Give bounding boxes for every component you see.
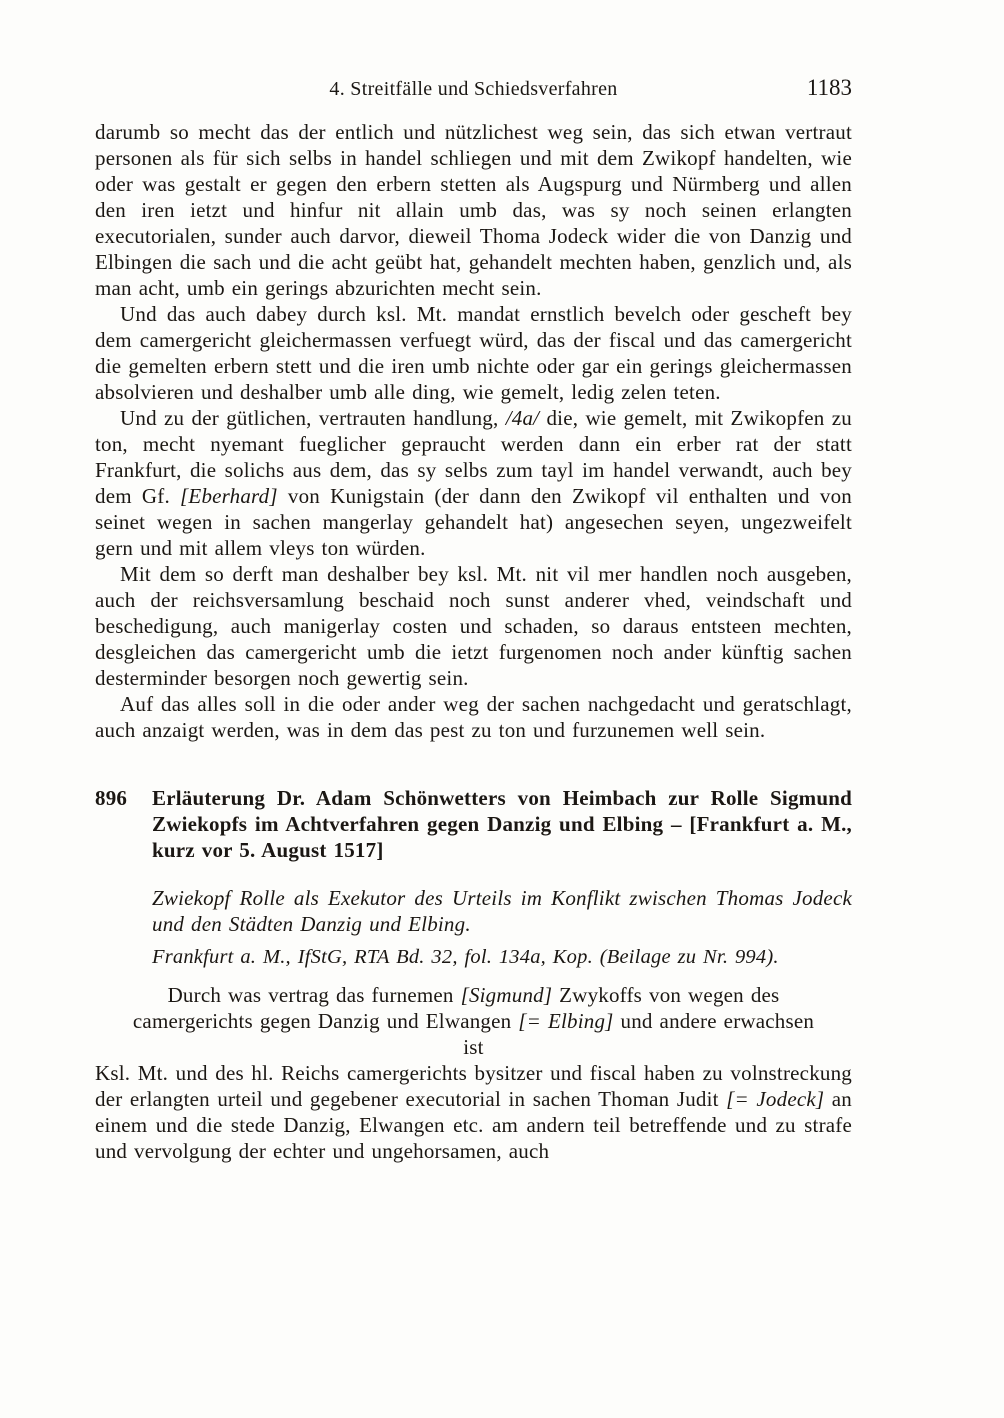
entry-896: 896 Erläuterung Dr. Adam Schönwetters vo… — [95, 785, 852, 1164]
running-head: 4. Streitfälle und Schiedsverfahren 1183 — [95, 78, 852, 104]
entry-number: 896 — [95, 785, 152, 863]
entry-source-citation: Frankfurt a. M., IfStG, RTA Bd. 32, fol.… — [152, 944, 852, 970]
quote-line-1: Durch was vertrag das furnemen [Sigmund]… — [95, 982, 852, 1008]
entry-heading: 896 Erläuterung Dr. Adam Schönwetters vo… — [95, 785, 852, 863]
text-column: 4. Streitfälle und Schiedsverfahren 1183… — [95, 78, 852, 1164]
chapter-title: 4. Streitfälle und Schiedsverfahren — [329, 78, 617, 100]
body-text: darumb so mecht das der entlich und nütz… — [95, 119, 852, 1164]
paragraph-mandat: Und das auch dabey durch ksl. Mt. mandat… — [95, 301, 852, 405]
paragraph-reichsversamlung: Mit dem so derft man deshalber bey ksl. … — [95, 561, 852, 691]
quote-line-2: camergerichts gegen Danzig und Elwangen … — [95, 1008, 852, 1034]
document-quote: Durch was vertrag das furnemen [Sigmund]… — [95, 982, 852, 1060]
paragraph-schluss: Auf das alles soll in die oder ander weg… — [95, 691, 852, 743]
book-page: 4. Streitfälle und Schiedsverfahren 1183… — [0, 0, 1004, 1418]
entry-title: Erläuterung Dr. Adam Schönwetters von He… — [152, 785, 852, 863]
paragraph-continuation: darumb so mecht das der entlich und nütz… — [95, 119, 852, 301]
entry-body-text: Ksl. Mt. und des hl. Reichs camergericht… — [95, 1060, 852, 1164]
quote-line-3: ist — [95, 1034, 852, 1060]
entry-regest: Zwiekopf Rolle als Exekutor des Urteils … — [152, 885, 852, 937]
page-number: 1183 — [807, 75, 852, 101]
paragraph-guetliche-handlung: Und zu der gütlichen, vertrauten handlun… — [95, 405, 852, 561]
